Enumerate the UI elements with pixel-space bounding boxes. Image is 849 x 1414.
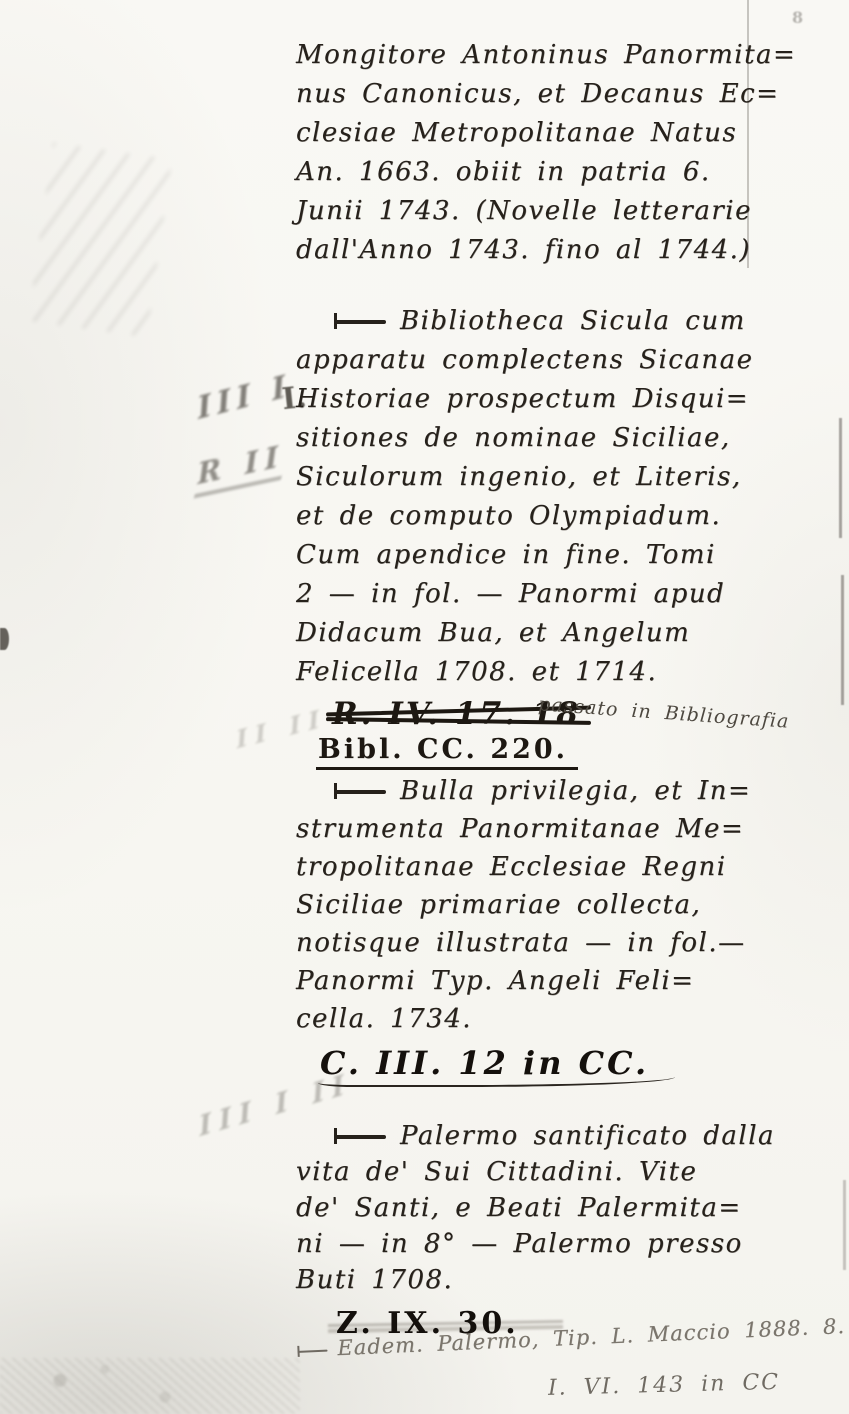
text-line: strumenta Panormitanae Me= xyxy=(296,810,751,848)
scan-noise xyxy=(0,1358,300,1414)
text-line: sitiones de nominae Siciliae, xyxy=(296,419,753,458)
text-line: dall'Anno 1743. fino al 1744.) xyxy=(296,231,796,270)
text-line: Panormi Typ. Angeli Feli= xyxy=(296,962,751,1000)
later-addition: Eadem. Palermo, Tip. L. Maccio 1888. 8. … xyxy=(296,1338,846,1397)
text-line: notisque illustrata — in fol.— xyxy=(296,924,751,962)
addendum-shelfmark: I. VI. 143 in CC xyxy=(548,1368,847,1401)
text-line: clesiae Metropolitanae Natus xyxy=(296,114,796,153)
entry-first-line: Bulla privilegia, et In= xyxy=(296,772,751,810)
text-line: vita de' Sui Cittadini. Vite xyxy=(296,1154,775,1190)
text-line: Historiae prospectum Disqui= xyxy=(296,380,753,419)
scan-streak xyxy=(839,418,842,538)
text-line: Siciliae primariae collecta, xyxy=(296,886,751,924)
corner-mark: 8 xyxy=(792,8,803,27)
text-line: Siculorum ingenio, et Literis, xyxy=(296,458,753,497)
text-line: 2 — in fol. — Panormi apud xyxy=(296,575,753,614)
entry-palermo-santificato: Palermo santificato dalla vita de' Sui C… xyxy=(296,1118,775,1341)
shelfmark: C. III. 12 in CC. xyxy=(318,1044,675,1087)
text-line: Junii 1743. (Novelle letterarie xyxy=(296,192,796,231)
ink-blot xyxy=(0,628,9,650)
text-line: et de computo Olympiadum. xyxy=(296,497,753,536)
text-line: Didacum Bua, et Angelum xyxy=(296,614,753,653)
text-line: An. 1663. obiit in patria 6. xyxy=(296,153,796,192)
entry-dash-icon xyxy=(297,1344,327,1357)
bleedthrough-mark: R II xyxy=(194,438,287,499)
entry-dash-icon xyxy=(334,313,386,331)
bleedthrough-streaks xyxy=(28,143,172,338)
text-line: Felicella 1708. et 1714. xyxy=(296,653,753,692)
text-line: cella. 1734. xyxy=(296,1000,751,1038)
shelfmark: Bibl. CC. 220. xyxy=(316,734,578,770)
text-line: Bibliotheca Sicula cum xyxy=(400,306,746,336)
entry-dash-icon xyxy=(334,1128,386,1146)
text-line: ni — in 8° — Palermo presso xyxy=(296,1226,775,1262)
text-line: Palermo santificato dalla xyxy=(400,1121,775,1151)
text-line: Cum apendice in fine. Tomi xyxy=(296,536,753,575)
entry-first-line: Palermo santificato dalla xyxy=(296,1118,775,1154)
scan-streak xyxy=(843,1180,846,1270)
entry-dash-icon xyxy=(334,783,386,801)
biography-note: Mongitore Antoninus Panormita= nus Canon… xyxy=(296,36,796,270)
entry-first-line: Bibliotheca Sicula cum xyxy=(296,302,753,341)
entry-bibliotheca-sicula: Bibliotheca Sicula cum apparatu complect… xyxy=(296,302,753,770)
text-line: nus Canonicus, et Decanus Ec= xyxy=(296,75,796,114)
text-line: tropolitanae Ecclesiae Regni xyxy=(296,848,751,886)
text-line: Bulla privilegia, et In= xyxy=(400,776,751,806)
bleedthrough-mark: III I xyxy=(196,367,292,427)
manuscript-page: III I I. R II II II III I II 8 Mongitore… xyxy=(0,0,849,1414)
scan-streak xyxy=(841,575,844,705)
text-line: de' Santi, e Beati Palermita= xyxy=(296,1190,775,1226)
text-line: apparatu complectens Sicanae xyxy=(296,341,753,380)
text-line: Mongitore Antoninus Panormita= xyxy=(296,36,796,75)
entry-bulla-privilegia: Bulla privilegia, et In= strumenta Panor… xyxy=(296,772,751,1087)
text-line: Buti 1708. xyxy=(296,1262,775,1298)
shelfmark-row: R. IV. 17. 18 passato in Bibliografia xyxy=(296,696,753,736)
